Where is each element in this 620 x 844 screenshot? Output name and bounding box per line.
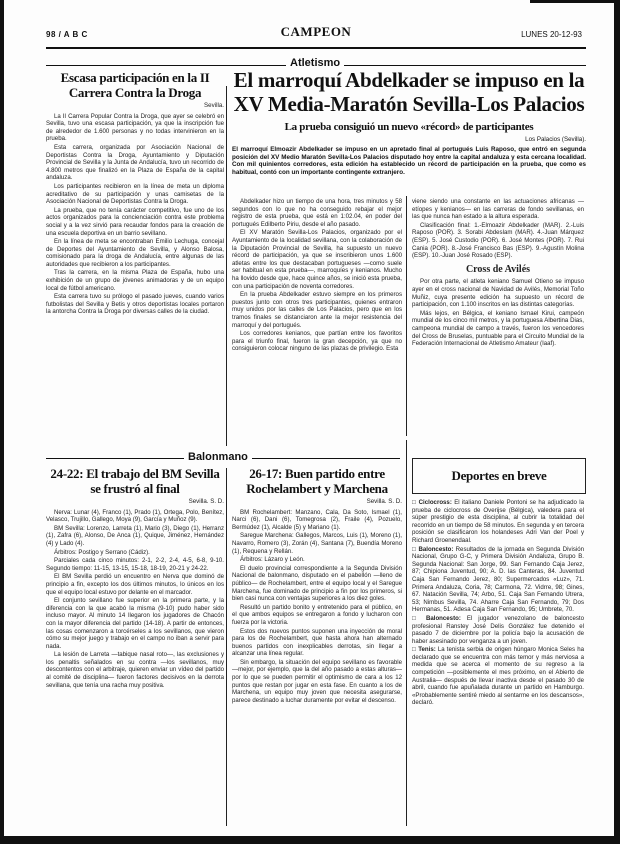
brief-text: El italiano Daniele Pontoni se ha adjudi… <box>412 499 584 544</box>
main-article-col-2: viene siendo una constante en las actuac… <box>412 198 584 349</box>
paragraph: La II Carrera Popular Contra la Droga, q… <box>46 113 224 143</box>
paragraph: Estos dos nuevos puntos suponen una inye… <box>232 628 402 658</box>
paragraph: viene siendo una constante en las actuac… <box>412 198 584 221</box>
checkbox-icon: □ <box>412 615 426 622</box>
paragraph: Abdelkader hizo un tiempo de una hora, t… <box>232 198 402 228</box>
paragraph: El conjunto sevillano fue superior en la… <box>46 597 224 650</box>
headline: Escasa participación en la II Carrera Co… <box>46 70 224 100</box>
paragraph: Parciales cada cinco minutos: 2-1, 2-2, … <box>46 557 224 572</box>
article-drug-race: Escasa participación en la II Carrera Co… <box>46 70 224 317</box>
paragraph: BM Sevilla: Lorenzo, Larreta (1), Mario … <box>46 525 224 548</box>
subheadline: La prueba consiguió un nuevo «récord» de… <box>232 120 586 134</box>
checkbox-icon: □ <box>412 499 419 506</box>
paragraph: El duelo provincial correspondiente a la… <box>232 565 402 603</box>
page-masthead: 98 / A B C CAMPEON LUNES 20-12-93 <box>46 22 586 46</box>
column-divider <box>406 196 407 436</box>
paragraph: Nerva: Lunar (4), Franco (1), Prado (1),… <box>46 509 224 524</box>
sports-brief-list: □ Ciclocross: El italiano Daniele Ponton… <box>412 499 584 708</box>
newspaper-page: 98 / A B C CAMPEON LUNES 20-12-93 Atleti… <box>0 0 620 844</box>
main-article-col-1: Abdelkader hizo un tiempo de una hora, t… <box>232 198 402 354</box>
brief-bottom-rule <box>412 836 584 837</box>
article-handball-sevilla: 24-22: El trabajo del BM Sevilla se frus… <box>46 466 224 690</box>
paragraph: Esta carrera, organizada por Asociación … <box>46 144 224 182</box>
paragraph: En la línea de meta se encontraban Emili… <box>46 238 224 268</box>
brief-item: □ Baloncesto: El jugador venezolano de b… <box>412 615 584 645</box>
brief-tag: Baloncesto: <box>426 615 461 622</box>
brief-item: □ Tenis: La tenista serbia de origen hún… <box>412 646 584 707</box>
classification: Clasificación final: 1.-Elmoazir Abdelka… <box>412 222 584 260</box>
byline: Sevilla. <box>46 102 224 110</box>
brief-text: La tenista serbia de origen húngaro Moni… <box>412 646 584 706</box>
scan-edge-bottom <box>0 836 620 844</box>
headline: 24-22: El trabajo del BM Sevilla se frus… <box>46 466 224 496</box>
brief-item: □ Baloncesto: Resultados de la jornada e… <box>412 546 584 614</box>
paragraph: Árbitros: Postigo y Serrano (Cádiz). <box>46 549 224 557</box>
paragraph: Árbitros: Lázaro y León. <box>232 556 402 564</box>
paragraph: La prueba, que no tenía carácter competi… <box>46 207 224 237</box>
brief-tag: Ciclocross: <box>419 499 452 506</box>
issue-date: LUNES 20-12-93 <box>521 30 582 39</box>
scan-edge-top <box>530 0 620 3</box>
byline: Sevilla. S. D. <box>232 498 402 506</box>
headline: 26-17: Buen partido entre Rochelambert y… <box>232 466 402 496</box>
sports-brief-title: Deportes en breve <box>413 459 585 493</box>
scan-edge-left <box>0 0 4 844</box>
section-label-balonmano: Balonmano <box>184 451 252 463</box>
masthead-rule <box>46 47 586 49</box>
main-headline: El marroquí Abdelkader se impuso en la X… <box>232 68 586 116</box>
byline: Los Palacios (Sevilla). <box>232 136 586 143</box>
paragraph: Los corredores kenianos, que partían ent… <box>232 330 402 353</box>
byline: Sevilla. S. D. <box>46 498 224 506</box>
brief-item: □ Ciclocross: El italiano Daniele Ponton… <box>412 499 584 545</box>
paragraph: Resultó un partido bonito y entretenido … <box>232 604 402 627</box>
brief-tag: Baloncesto: <box>419 546 454 553</box>
brief-tag: Tenis: <box>418 646 436 653</box>
paragraph: Más lejos, en Bélgica, el keniano Ismael… <box>412 310 584 348</box>
article-half-marathon: El marroquí Abdelkader se impuso en la X… <box>232 68 586 177</box>
paragraph: Saregue Marchena: Gallegos, Marcos, Luis… <box>232 532 402 555</box>
paragraph: El BM Sevilla perdió un encuentro en Ner… <box>46 573 224 596</box>
paragraph: En la prueba Abdelkader estuvo siempre e… <box>232 291 402 329</box>
paragraph: Los participantes recibieron en la línea… <box>46 183 224 206</box>
column-divider <box>406 440 407 826</box>
section-title: CAMPEON <box>46 24 586 40</box>
paragraph: Sin embargo, la situación del equipo sev… <box>232 659 402 705</box>
paragraph: Por otra parte, el atleta keniano Samuel… <box>412 278 584 308</box>
paragraph: BM Rochelambert: Manzano, Cala, Da Soto,… <box>232 509 402 532</box>
scan-edge-right <box>614 0 620 844</box>
paragraph: El XV Maratón Sevilla-Los Palacios, orga… <box>232 229 402 290</box>
article-handball-rochelambert: 26-17: Buen partido entre Rochelambert y… <box>232 466 402 705</box>
lead-paragraph: El marroquí Elmoazir Abdelkader se impus… <box>232 146 586 177</box>
sports-brief-title-box: Deportes en breve <box>412 458 586 494</box>
paragraph: La lesión de Larreta —tabique nasal roto… <box>46 651 224 689</box>
paragraph: Esta carrera tuvo su prólogo el pasado j… <box>46 293 224 316</box>
brief-text: Resultados de la jornada en Segunda Divi… <box>412 546 584 614</box>
paragraph: Tras la carrera, en la misma Plaza de Es… <box>46 269 224 292</box>
column-divider <box>226 86 227 446</box>
column-divider <box>226 468 227 826</box>
cross-subhead: Cross de Avilés <box>412 266 584 274</box>
